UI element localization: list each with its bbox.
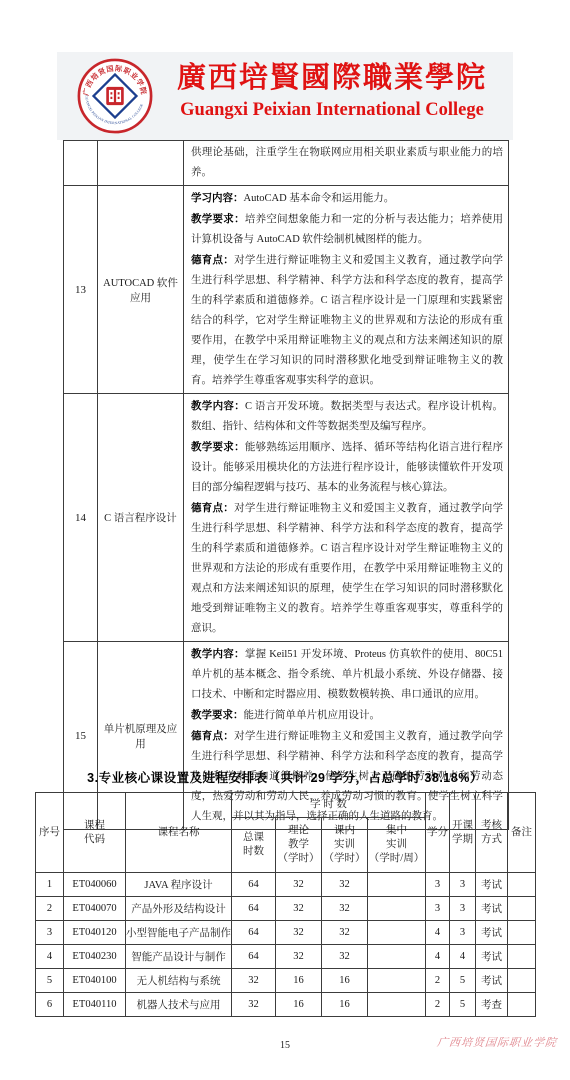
cell-exam: 考试 bbox=[476, 921, 508, 945]
cell-theory: 32 bbox=[276, 873, 322, 897]
cell-note bbox=[508, 993, 536, 1017]
cell-name: 智能产品设计与制作 bbox=[126, 945, 232, 969]
cell-credit: 2 bbox=[426, 993, 450, 1017]
cell-term: 3 bbox=[450, 873, 476, 897]
cell-name: 机器人技术与应用 bbox=[126, 993, 232, 1017]
cell-term: 3 bbox=[450, 921, 476, 945]
schedule-row: 2 ET040070 产品外形及结构设计 64 32 32 3 3 考试 bbox=[36, 897, 536, 921]
cell-note bbox=[508, 945, 536, 969]
cell-theory: 32 bbox=[276, 897, 322, 921]
section-label: 教学要求： bbox=[191, 213, 245, 225]
college-title-block: 廣西培賢國際職業學院 Guangxi Peixian International… bbox=[157, 58, 507, 122]
section-label: 教学内容： bbox=[191, 648, 245, 660]
cell-inner: 16 bbox=[322, 993, 368, 1017]
schedule-header-row-1: 序号 课程 代码 课程名称 学 时 数 学分 开课 学期 考核 方式 备注 bbox=[36, 793, 536, 818]
cell-exam: 考试 bbox=[476, 897, 508, 921]
cell-inner: 32 bbox=[322, 945, 368, 969]
cell-theory: 32 bbox=[276, 945, 322, 969]
cell-total: 64 bbox=[232, 921, 276, 945]
section-label: 学习内容： bbox=[191, 192, 244, 204]
cell-no: 2 bbox=[36, 897, 64, 921]
cell-concentrated bbox=[368, 945, 426, 969]
cell-no: 3 bbox=[36, 921, 64, 945]
course-row-continuation: 供理论基础，注重学生在物联网应用相关职业素质与职业能力的培养。 bbox=[64, 141, 509, 186]
cell-inner: 32 bbox=[322, 921, 368, 945]
cell-inner: 16 bbox=[322, 969, 368, 993]
course-section: 学习内容：AutoCAD 基本命令和运用能力。 bbox=[191, 188, 503, 209]
cell-total: 32 bbox=[232, 993, 276, 1017]
cell-credit: 3 bbox=[426, 873, 450, 897]
col-header-name: 课程名称 bbox=[126, 793, 232, 873]
cell-exam: 考查 bbox=[476, 993, 508, 1017]
section-label: 德育点： bbox=[191, 730, 234, 742]
course-section: 德育点：对学生进行辩证唯物主义和爱国主义教育，通过教学向学生进行科学思想、科学精… bbox=[191, 498, 503, 639]
cell-note bbox=[508, 873, 536, 897]
cell-no: 4 bbox=[36, 945, 64, 969]
cell-name: 小型智能电子产品制作 bbox=[126, 921, 232, 945]
col-header-no: 序号 bbox=[36, 793, 64, 873]
cell-credit: 4 bbox=[426, 921, 450, 945]
seal-book-left-page bbox=[109, 90, 114, 102]
cell-total: 64 bbox=[232, 873, 276, 897]
college-name-english: Guangxi Peixian International College bbox=[157, 98, 507, 122]
course-name-cell bbox=[98, 141, 184, 186]
cell-code: ET040120 bbox=[64, 921, 126, 945]
cell-code: ET040100 bbox=[64, 969, 126, 993]
col-header-concentrated-practice-hours: 集中 实训 （学时/周） bbox=[368, 818, 426, 873]
course-desc-cell: 供理论基础，注重学生在物联网应用相关职业素质与职业能力的培养。 bbox=[184, 141, 509, 186]
schedule-row: 4 ET040230 智能产品设计与制作 64 32 32 4 4 考试 bbox=[36, 945, 536, 969]
cell-note bbox=[508, 897, 536, 921]
seal-center-square bbox=[106, 87, 123, 105]
cell-name: 无人机结构与系统 bbox=[126, 969, 232, 993]
cell-term: 5 bbox=[450, 993, 476, 1017]
course-name-cell: C 语言程序设计 bbox=[98, 394, 184, 642]
col-header-exam: 考核 方式 bbox=[476, 793, 508, 873]
schedule-row: 1 ET040060 JAVA 程序设计 64 32 32 3 3 考试 bbox=[36, 873, 536, 897]
cell-theory: 16 bbox=[276, 993, 322, 1017]
cell-name: JAVA 程序设计 bbox=[126, 873, 232, 897]
course-desc-cell: 学习内容：AutoCAD 基本命令和运用能力。 教学要求：培养空间想象能力和一定… bbox=[184, 186, 509, 394]
col-header-inner-practice-hours: 课内 实训 （学时） bbox=[322, 818, 368, 873]
college-header: 广西培贤国际职业学院 GUANGXI PEIXIAN INTERNATIONAL… bbox=[57, 52, 513, 140]
schedule-row: 3 ET040120 小型智能电子产品制作 64 32 32 4 3 考试 bbox=[36, 921, 536, 945]
cell-concentrated bbox=[368, 993, 426, 1017]
cell-note bbox=[508, 969, 536, 993]
cell-total: 64 bbox=[232, 945, 276, 969]
course-section: 教学内容：C 语言开发环境。数据类型与表达式。程序设计机构。数组、指针、结构体和… bbox=[191, 396, 503, 437]
col-header-credit: 学分 bbox=[426, 793, 450, 873]
col-header-term: 开课 学期 bbox=[450, 793, 476, 873]
course-desc-cell: 教学内容：C 语言开发环境。数据类型与表达式。程序设计机构。数组、指针、结构体和… bbox=[184, 394, 509, 642]
cell-no: 6 bbox=[36, 993, 64, 1017]
cell-term: 3 bbox=[450, 897, 476, 921]
cell-code: ET040070 bbox=[64, 897, 126, 921]
cell-exam: 考试 bbox=[476, 969, 508, 993]
section-label: 教学要求： bbox=[191, 441, 245, 453]
cell-exam: 考试 bbox=[476, 873, 508, 897]
college-name-chinese: 廣西培賢國際職業學院 bbox=[157, 58, 507, 98]
course-description-table: 供理论基础，注重学生在物联网应用相关职业素质与职业能力的培养。 13 AUTOC… bbox=[63, 140, 509, 830]
section-label: 教学内容： bbox=[191, 400, 245, 412]
document-page: 广西培贤国际职业学院 GUANGXI PEIXIAN INTERNATIONAL… bbox=[0, 0, 570, 1080]
course-row-14: 14 C 语言程序设计 教学内容：C 语言开发环境。数据类型与表达式。程序设计机… bbox=[64, 394, 509, 642]
row-no-cell: 14 bbox=[64, 394, 98, 642]
cell-credit: 3 bbox=[426, 897, 450, 921]
cell-term: 5 bbox=[450, 969, 476, 993]
cell-inner: 32 bbox=[322, 873, 368, 897]
college-watermark: 广西培贤国际职业学院 bbox=[436, 1034, 558, 1050]
cell-theory: 32 bbox=[276, 921, 322, 945]
cell-name: 产品外形及结构设计 bbox=[126, 897, 232, 921]
cell-concentrated bbox=[368, 873, 426, 897]
col-header-code: 课程 代码 bbox=[64, 793, 126, 873]
section-text: 对学生进行辩证唯物主义和爱国主义教育，通过教学向学生进行科学思想、科学精神、科学… bbox=[191, 503, 503, 634]
cell-no: 1 bbox=[36, 873, 64, 897]
seal-book-right-page bbox=[116, 90, 121, 102]
section-heading: 3.专业核心课设置及进程安排表（共计 29 学分，占总学时 38.18%） bbox=[57, 768, 513, 786]
cell-total: 64 bbox=[232, 897, 276, 921]
cell-code: ET040110 bbox=[64, 993, 126, 1017]
col-header-hours-group: 学 时 数 bbox=[232, 793, 426, 818]
cell-concentrated bbox=[368, 897, 426, 921]
course-section: 教学要求：能够熟练运用顺序、选择、循环等结构化语言进行程序设计。能够采用模块化的… bbox=[191, 437, 503, 498]
continuation-text: 供理论基础，注重学生在物联网应用相关职业素质与职业能力的培养。 bbox=[191, 143, 503, 183]
col-header-note: 备注 bbox=[508, 793, 536, 873]
course-section: 教学内容：掌握 Keil51 开发环境、Proteus 仿真软件的使用、80C5… bbox=[191, 644, 503, 705]
cell-concentrated bbox=[368, 969, 426, 993]
course-name-cell: AUTOCAD 软件应用 bbox=[98, 186, 184, 394]
cell-concentrated bbox=[368, 921, 426, 945]
section-label: 德育点： bbox=[191, 502, 234, 514]
row-no-cell: 13 bbox=[64, 186, 98, 394]
schedule-row: 6 ET040110 机器人技术与应用 32 16 16 2 5 考查 bbox=[36, 993, 536, 1017]
cell-code: ET040230 bbox=[64, 945, 126, 969]
cell-credit: 4 bbox=[426, 945, 450, 969]
section-text: AutoCAD 基本命令和运用能力。 bbox=[244, 193, 395, 204]
course-section: 德育点：对学生进行辩证唯物主义和爱国主义教育，通过教学向学生进行科学思想、科学精… bbox=[191, 250, 503, 391]
cell-note bbox=[508, 921, 536, 945]
cell-total: 32 bbox=[232, 969, 276, 993]
col-header-theory-hours: 理论 教学 （学时） bbox=[276, 818, 322, 873]
course-row-13: 13 AUTOCAD 软件应用 学习内容：AutoCAD 基本命令和运用能力。 … bbox=[64, 186, 509, 394]
cell-exam: 考试 bbox=[476, 945, 508, 969]
cell-credit: 2 bbox=[426, 969, 450, 993]
schedule-row: 5 ET040100 无人机结构与系统 32 16 16 2 5 考试 bbox=[36, 969, 536, 993]
row-no-cell bbox=[64, 141, 98, 186]
core-course-schedule-table: 序号 课程 代码 课程名称 学 时 数 学分 开课 学期 考核 方式 备注 总课… bbox=[35, 792, 536, 1017]
section-label: 教学要求： bbox=[191, 709, 244, 721]
section-text: 对学生进行辩证唯物主义和爱国主义教育，通过教学向学生进行科学思想、科学精神、科学… bbox=[191, 255, 503, 386]
col-header-total-hours: 总课 时数 bbox=[232, 818, 276, 873]
section-label: 德育点： bbox=[191, 254, 234, 266]
cell-no: 5 bbox=[36, 969, 64, 993]
cell-term: 4 bbox=[450, 945, 476, 969]
course-section: 教学要求：能进行简单单片机应用设计。 bbox=[191, 705, 503, 726]
cell-code: ET040060 bbox=[64, 873, 126, 897]
cell-inner: 32 bbox=[322, 897, 368, 921]
section-text: 能进行简单单片机应用设计。 bbox=[244, 710, 381, 721]
college-seal-logo-icon: 广西培贤国际职业学院 GUANGXI PEIXIAN INTERNATIONAL… bbox=[77, 58, 153, 134]
cell-theory: 16 bbox=[276, 969, 322, 993]
course-section: 教学要求：培养空间想象能力和一定的分析与表达能力；培养使用计算机设备与 Auto… bbox=[191, 209, 503, 250]
